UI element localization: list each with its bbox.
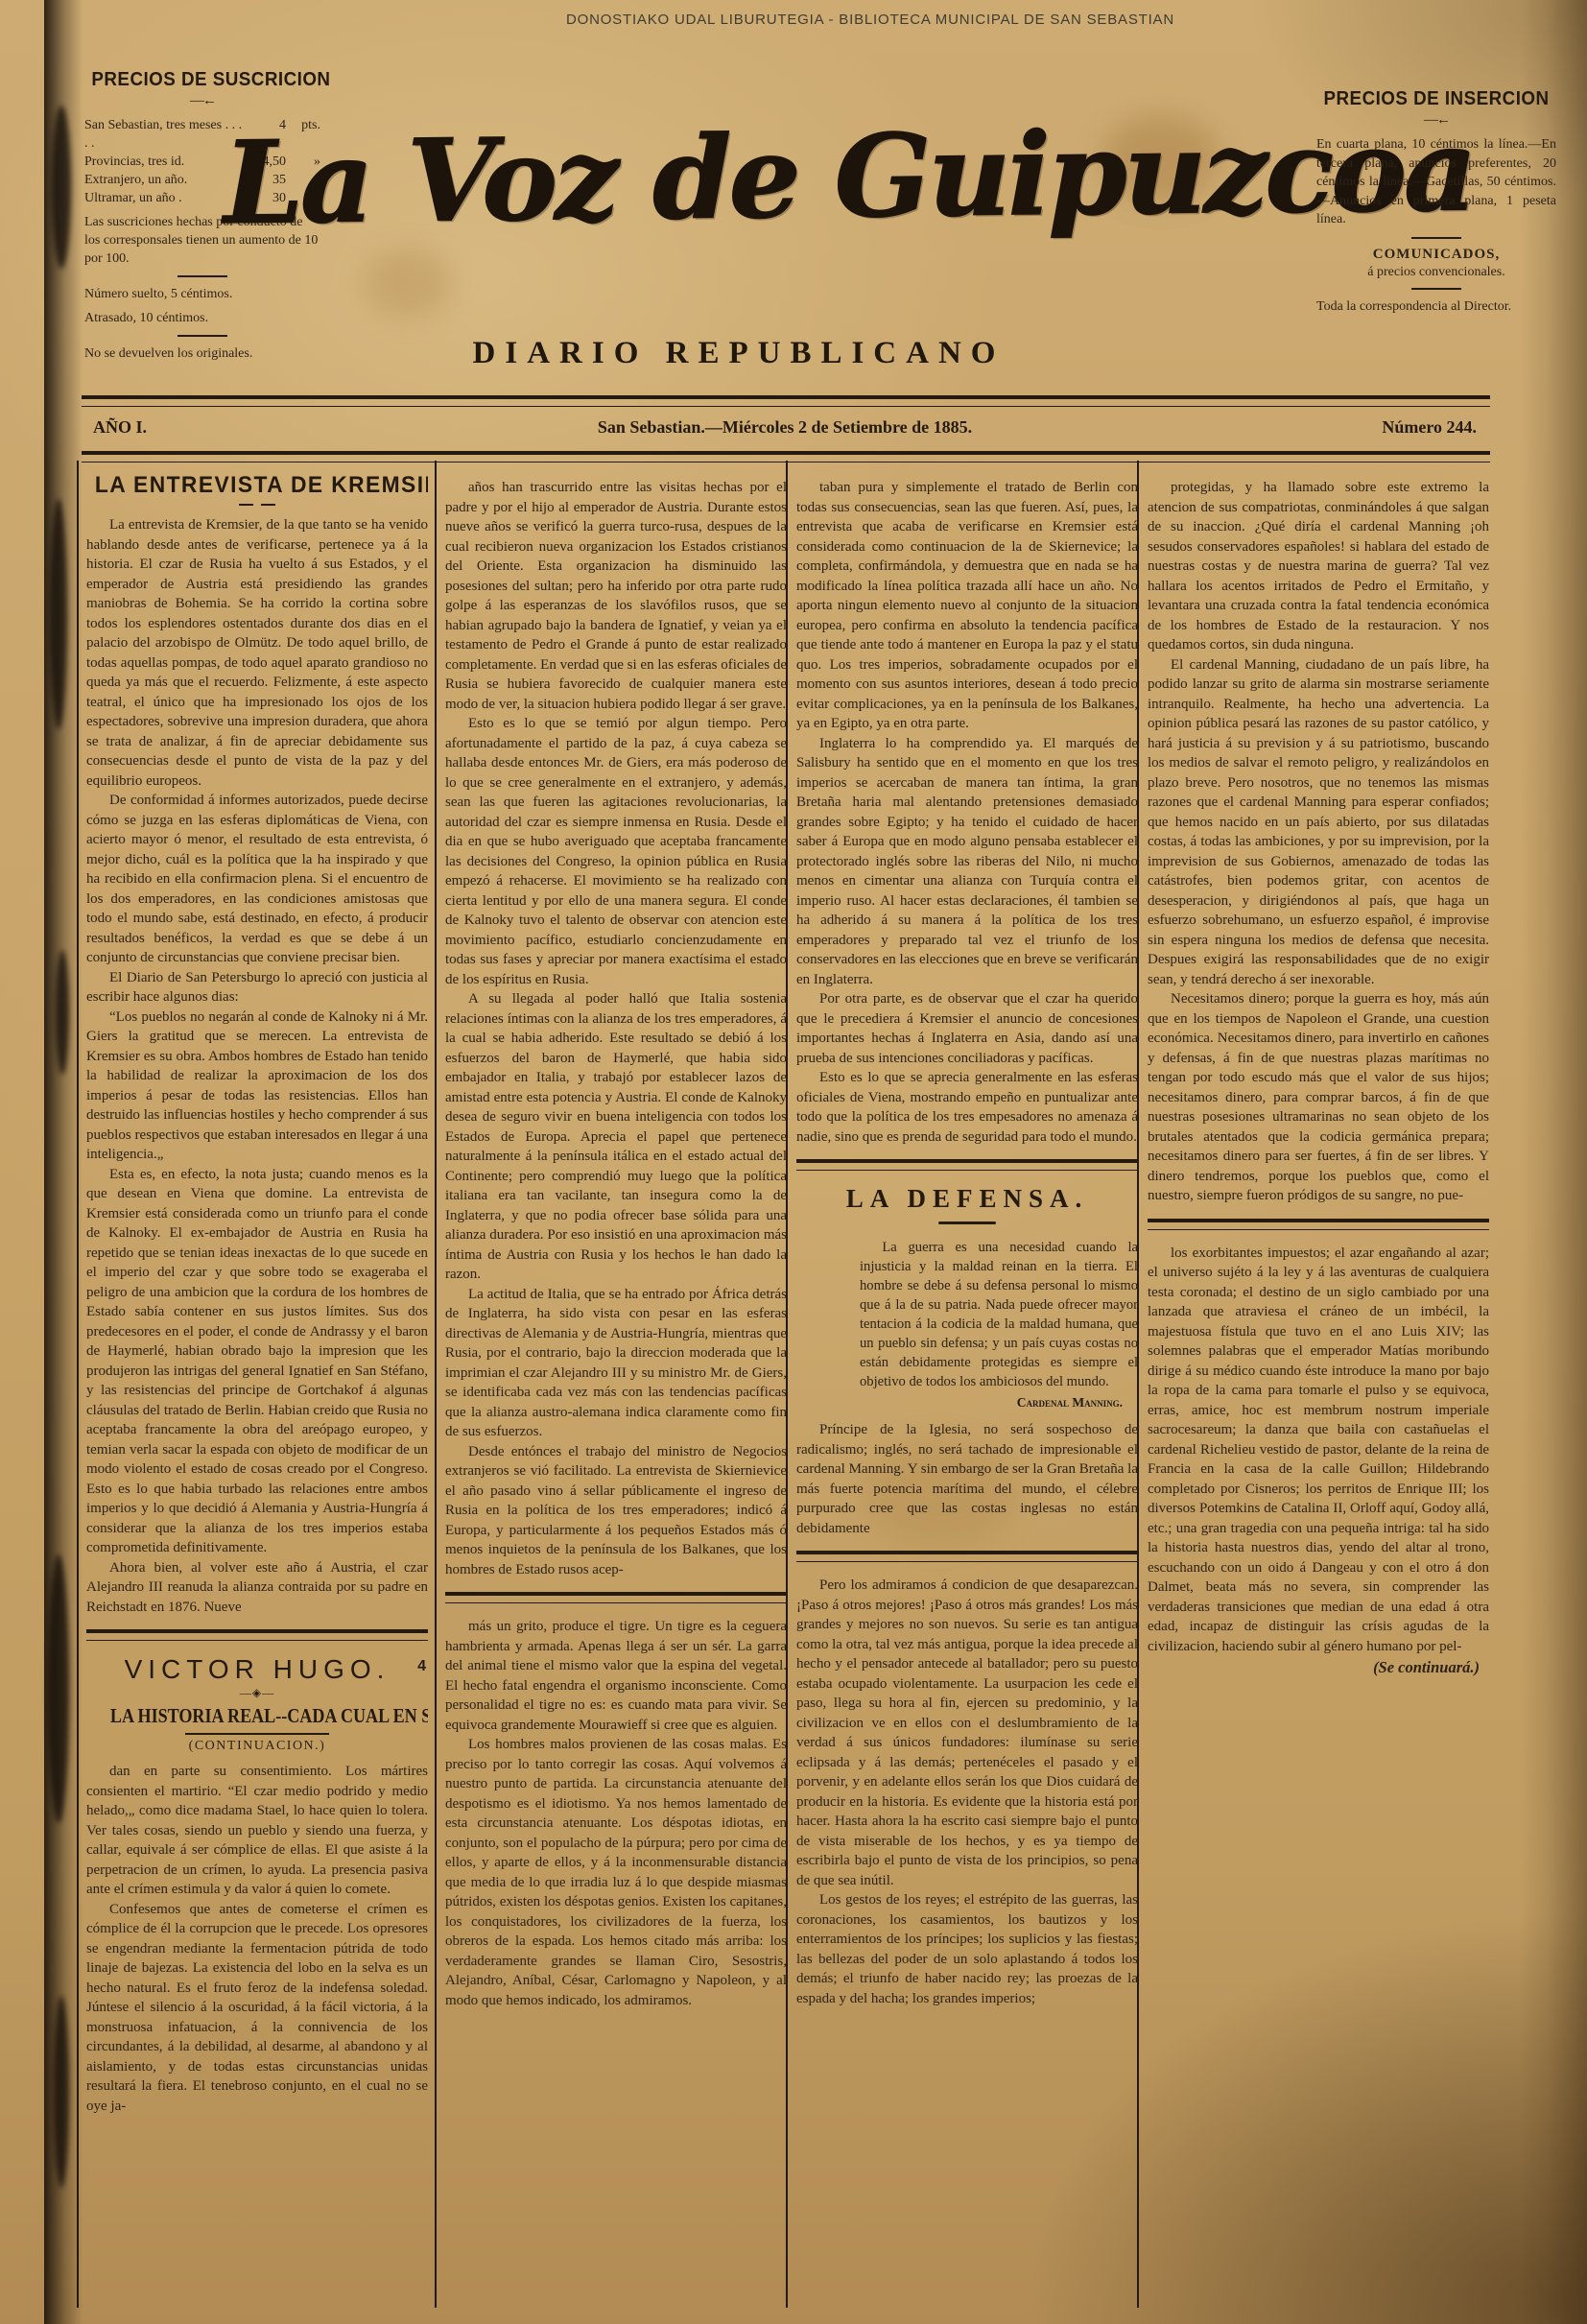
- column-3: taban pura y simplemente el tratado de B…: [796, 468, 1138, 2309]
- insertion-box-title: PRECIOS DE INSERCION: [1324, 88, 1550, 110]
- article-paragraph: Príncipe de la Iglesia, no será sospecho…: [796, 1420, 1138, 1538]
- serial-paragraph: los exorbitantes impuestos; el azar enga…: [1148, 1244, 1489, 1657]
- spacer: [445, 468, 787, 478]
- library-banner: DONOSTIAKO UDAL LIBURUTEGIA - BIBLIOTECA…: [154, 12, 1587, 28]
- to-be-continued-label: (Se continuará.): [1148, 1658, 1489, 1677]
- section-rule: [796, 1159, 1138, 1171]
- divider: [185, 1733, 329, 1735]
- back-issue-price: Atrasado, 10 céntimos.: [84, 309, 320, 327]
- serial-ornament: [86, 1686, 428, 1700]
- arrow-ornament: [1316, 112, 1556, 128]
- column-rule: [77, 461, 79, 2308]
- manning-quote: La guerra es una necesidad cuando la inj…: [860, 1238, 1138, 1391]
- serial-paragraph: dan en parte su consentimiento. Los márt…: [86, 1762, 428, 1900]
- comunicados-label: COMUNICADOS,: [1316, 247, 1556, 263]
- masthead: La Voz de Guipuzcoa: [288, 56, 1410, 296]
- spacer: [796, 468, 1138, 478]
- article-paragraph: A su llegada al poder halló que Italia s…: [445, 989, 787, 1285]
- article-paragraph: Por otra parte, es de observar que el cz…: [796, 989, 1138, 1068]
- issue-number: Número 244.: [1246, 417, 1490, 438]
- section-rule: [1148, 1219, 1489, 1230]
- comunicados-terms: á precios convencionales.: [1316, 265, 1556, 280]
- section-rule: [796, 1551, 1138, 1562]
- newspaper-subtitle: DIARIO REPUBLICANO: [82, 336, 1396, 371]
- section-rule: [86, 1629, 428, 1641]
- column-1: LA ENTREVISTA DE KREMSIER. La entrevista…: [86, 468, 428, 2309]
- headline-ornament: [239, 504, 275, 506]
- column-rule: [435, 461, 437, 2308]
- spine-blot: [48, 1554, 69, 1823]
- article-paragraph: Desde entónces el trabajo del ministro d…: [445, 1442, 787, 1580]
- spine-blot: [54, 1996, 69, 2188]
- arrow-ornament: [84, 93, 320, 108]
- spine-blot: [52, 106, 71, 269]
- article-paragraph: taban pura y simplemente el tratado de B…: [796, 478, 1138, 734]
- article-paragraph: protegidas, y ha llamado sobre este extr…: [1148, 478, 1489, 655]
- article-paragraph: El Diario de San Petersburgo lo apreció …: [86, 968, 428, 1008]
- serial-author: VICTOR HUGO.: [125, 1654, 391, 1684]
- insertion-prices-text: En cuarta plana, 10 céntimos la línea.—E…: [1316, 135, 1556, 229]
- insertion-prices-box: PRECIOS DE INSERCION En cuarta plana, 10…: [1316, 88, 1556, 316]
- date-label: San Sebastian.—Miércoles 2 de Setiembre …: [323, 417, 1246, 438]
- article-paragraph: “Los pueblos no negarán al conde de Kaln…: [86, 1008, 428, 1165]
- article-paragraph: La actitud de Italia, que se ha entrado …: [445, 1285, 787, 1442]
- price-label: Extranjero, un año.: [84, 171, 244, 189]
- article-defensa-headline: LA DEFENSA.: [796, 1184, 1138, 1214]
- column-4: protegidas, y ha llamado sobre este extr…: [1148, 468, 1489, 2309]
- serial-author-title: VICTOR HUGO.4: [86, 1654, 428, 1685]
- divider: [1411, 237, 1461, 239]
- spine-blot: [56, 950, 69, 1075]
- single-copy-price: Número suelto, 5 céntimos.: [84, 285, 320, 303]
- divider: [178, 275, 227, 277]
- newspaper-page: DONOSTIAKO UDAL LIBURUTEGIA - BIBLIOTECA…: [0, 0, 1587, 2324]
- price-label: Provincias, tres id.: [84, 153, 244, 171]
- article-paragraph: El cardenal Manning, ciudadano de un paí…: [1148, 655, 1489, 990]
- article-paragraph: Inglaterra lo ha comprendido ya. El marq…: [796, 734, 1138, 990]
- serial-paragraph: Confesemos que antes de cometerse el crí…: [86, 1900, 428, 2117]
- page-right-edge-shadow: [1520, 0, 1587, 2324]
- serial-paragraph: Los hombres malos provienen de las cosas…: [445, 1735, 787, 2010]
- spine-blot: [50, 499, 67, 729]
- article-paragraph: Ahora bien, al volver este año á Austria…: [86, 1558, 428, 1618]
- headline-ornament: [938, 1221, 996, 1224]
- newspaper-title: La Voz de Guipuzcoa: [224, 103, 1476, 249]
- article-paragraph: años han trascurrido entre las visitas h…: [445, 478, 787, 714]
- article-paragraph: Esto es lo que se aprecia generalmente e…: [796, 1068, 1138, 1147]
- quote-attribution: Cardenal Manning.: [796, 1395, 1138, 1411]
- serial-paragraph: Los gestos de los reyes; el estrépito de…: [796, 1890, 1138, 2008]
- masthead-rule: [82, 395, 1490, 407]
- year-label: AÑO I.: [82, 417, 323, 438]
- price-label: Ultramar, un año .: [84, 189, 244, 207]
- section-rule: [445, 1592, 787, 1603]
- serial-title: LA HISTORIA REAL--CADA CUAL EN SU LUGAR: [110, 1704, 404, 1728]
- column-2: años han trascurrido entre las visitas h…: [445, 468, 787, 2309]
- article-kremsier-headline: LA ENTREVISTA DE KREMSIER.: [95, 472, 419, 499]
- correspondence-note: Toda la correspondencia al Director.: [1316, 297, 1556, 316]
- subscription-box-title: PRECIOS DE SUSCRICION: [91, 69, 313, 91]
- divider: [1411, 288, 1461, 290]
- article-paragraph: De conformidad á informes autorizados, p…: [86, 791, 428, 968]
- serial-paragraph: Pero los admiramos á condicion de que de…: [796, 1576, 1138, 1890]
- article-paragraph: La entrevista de Kremsier, de la que tan…: [86, 515, 428, 791]
- continuation-label: (CONTINUACION.): [86, 1739, 428, 1754]
- serial-paragraph: más un grito, produce el tigre. Un tigre…: [445, 1617, 787, 1735]
- price-label: San Sebastian, tres meses . . . . .: [84, 116, 244, 153]
- article-paragraph: Esta es, en efecto, la nota justa; cuand…: [86, 1165, 428, 1558]
- article-paragraph: Esto es lo que se temió por algun tiempo…: [445, 714, 787, 989]
- dateline: AÑO I. San Sebastian.—Miércoles 2 de Set…: [82, 407, 1490, 447]
- spacer: [1148, 468, 1489, 478]
- article-paragraph: Necesitamos dinero; porque la guerra es …: [1148, 989, 1489, 1206]
- serial-part-number: 4: [417, 1658, 426, 1675]
